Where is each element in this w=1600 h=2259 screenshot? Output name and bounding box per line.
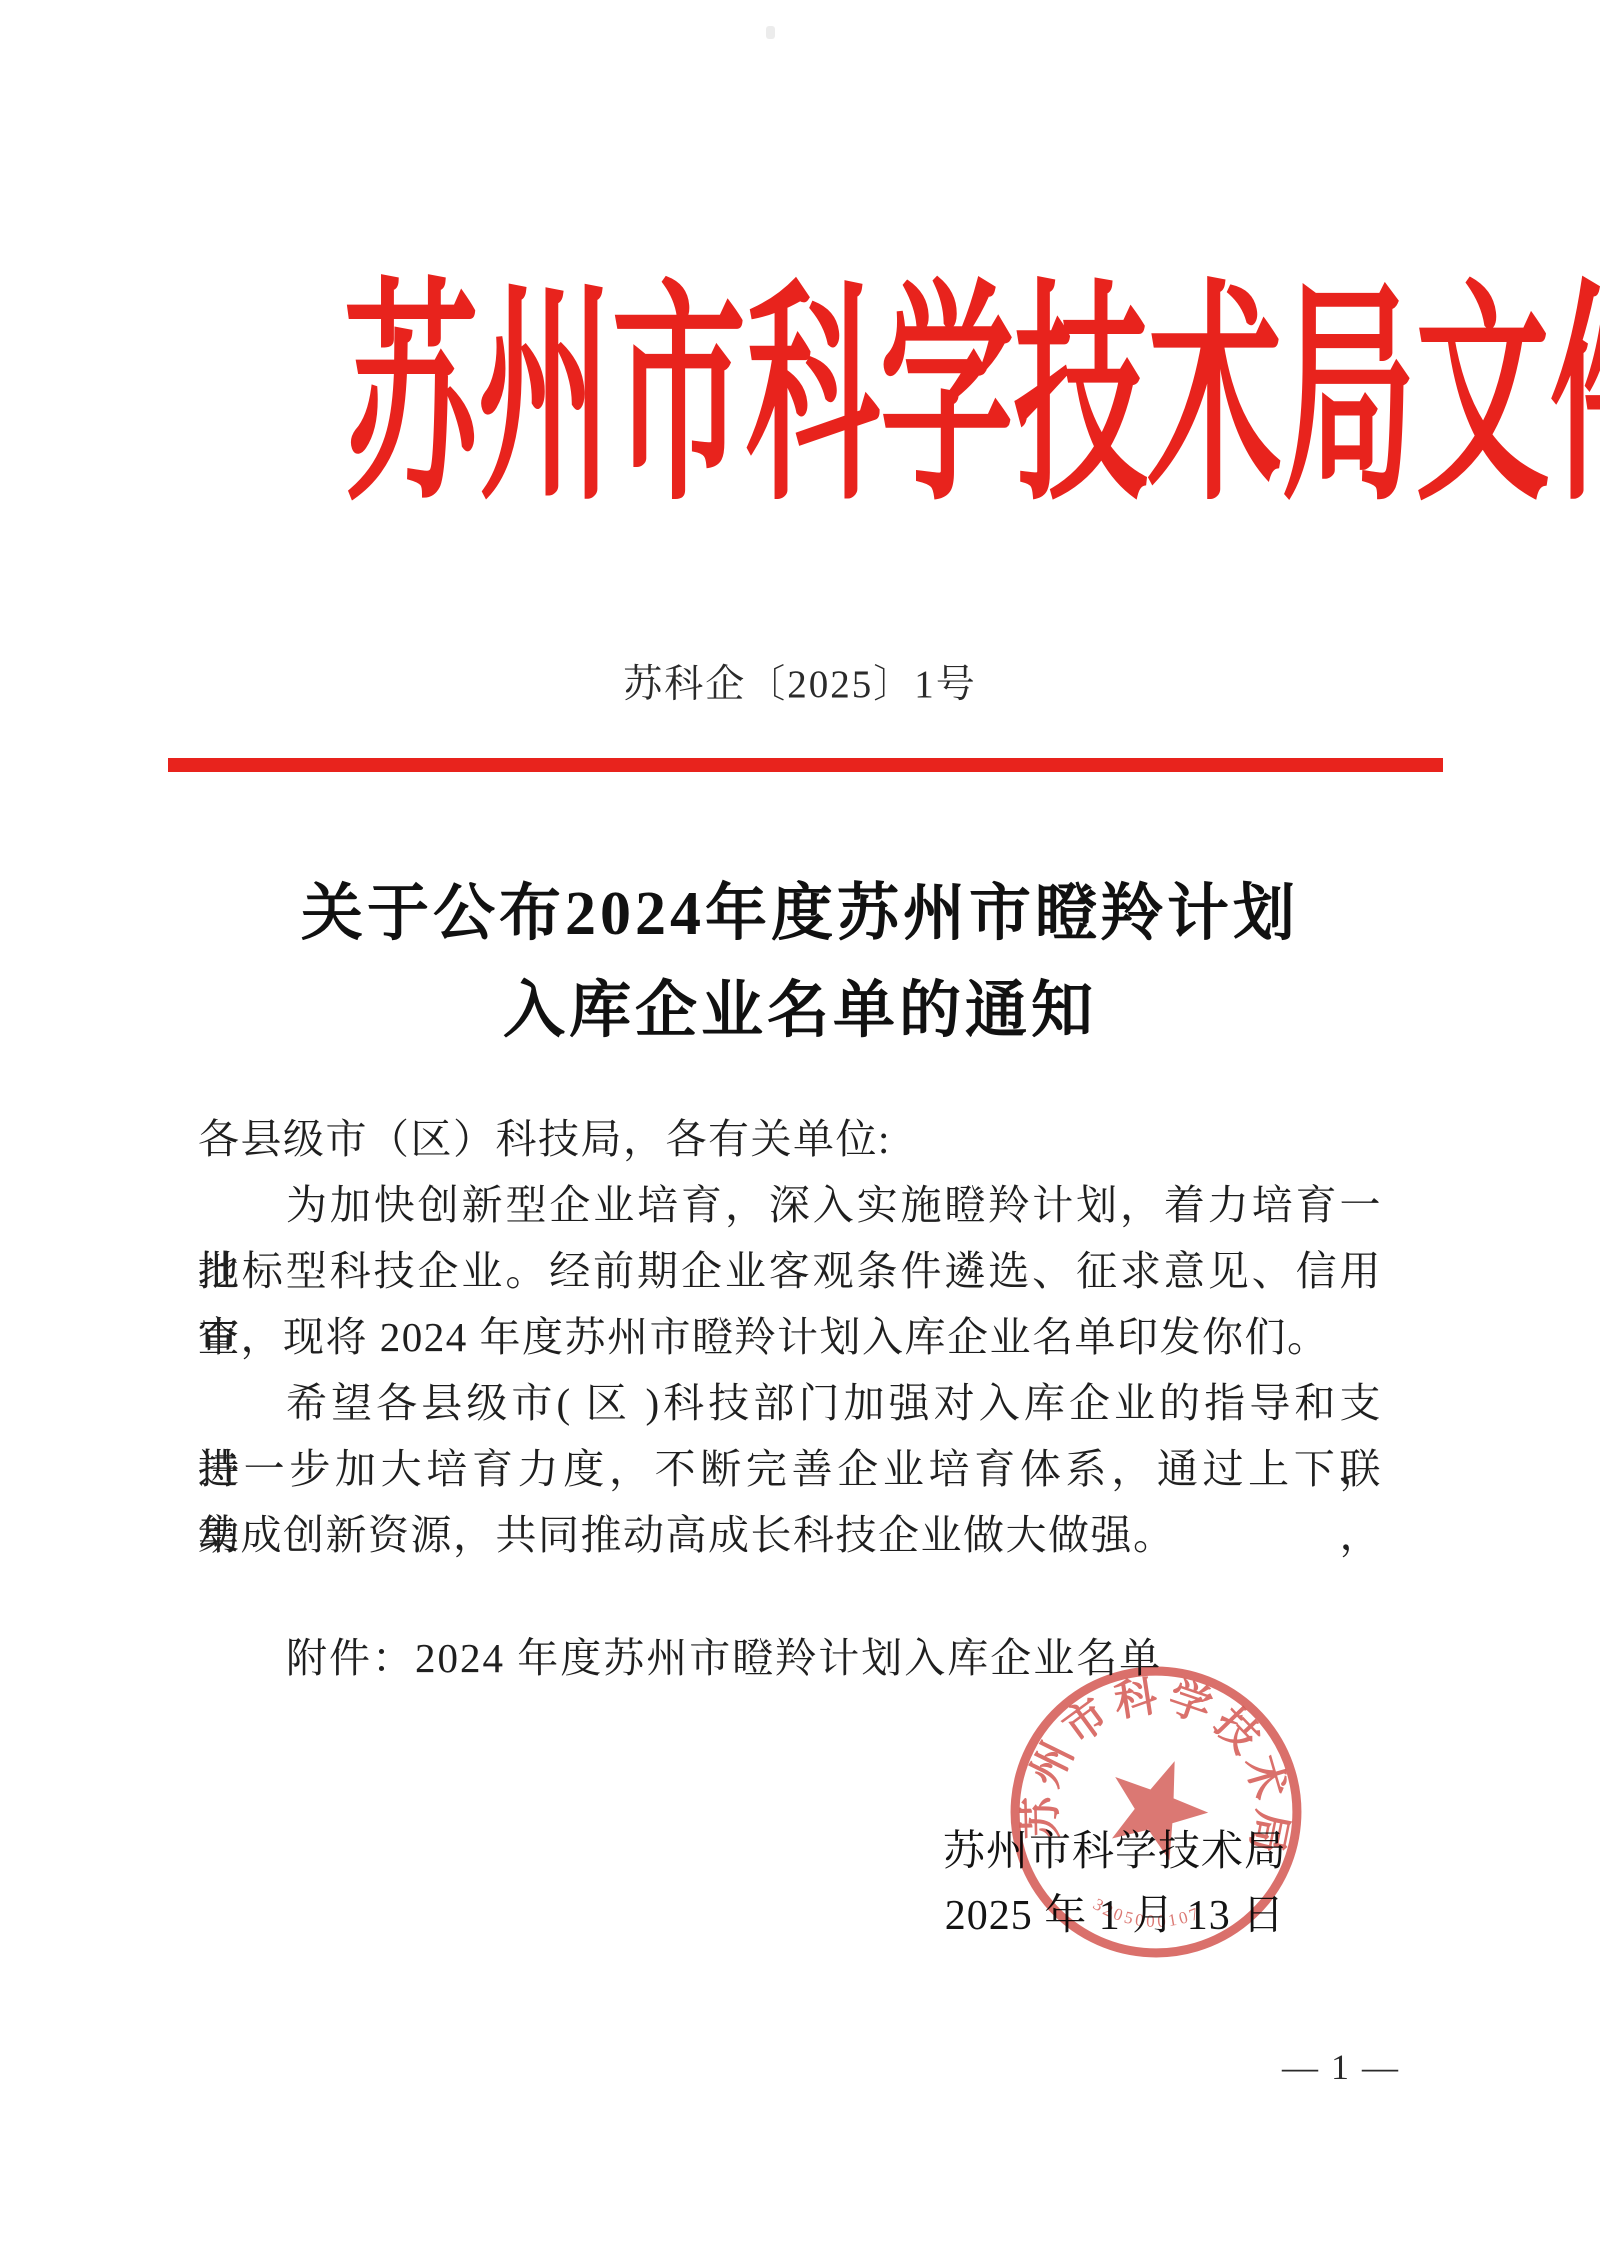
salutation-line: 各县级市（区）科技局，各有关单位: [198,1106,1382,1172]
notice-title-line2: 入库企业名单的通知 [0,963,1600,1060]
red-divider-line [168,758,1443,772]
page-number: — 1 — [1282,2046,1400,2088]
paragraph1-line1: 为加快创新型企业培育，深入实施瞪羚计划，着力培育一批 [198,1172,1382,1238]
notice-title-line1: 关于公布2024年度苏州市瞪羚计划 [0,866,1600,963]
paragraph2-line2: 进一步加大培育力度，不断完善企业培育体系，通过上下联动， [198,1436,1382,1502]
paragraph1-line3: 查，现将 2024 年度苏州市瞪羚计划入库企业名单印发你们。 [198,1304,1382,1370]
document-page: 苏州市科学技术局文件 苏科企〔2025〕1号 关于公布2024年度苏州市瞪羚计划… [0,0,1600,2259]
notice-title: 关于公布2024年度苏州市瞪羚计划 入库企业名单的通知 [0,866,1600,1060]
signature-block: 苏州市科学技术局 2025 年 1 月 13 日 [930,1820,1300,1948]
paragraph2-line1: 希望各县级市( 区 )科技部门加强对入库企业的指导和支持， [198,1370,1382,1436]
document-body: 各县级市（区）科技局，各有关单位: 为加快创新型企业培育，深入实施瞪羚计划，着力… [198,1106,1382,1568]
agency-header-title: 苏州市科学技术局文件 [344,278,1256,518]
attachment-line: 附件：2024 年度苏州市瞪羚计划入库企业名单 [198,1625,1382,1691]
paragraph1-line2: 地标型科技企业。经前期企业客观条件遴选、征求意见、信用审 [198,1238,1382,1304]
signature-date: 2025 年 1 月 13 日 [930,1884,1300,1948]
scan-artifact [766,26,775,39]
document-number: 苏科企〔2025〕1号 [0,653,1600,709]
signature-agency: 苏州市科学技术局 [930,1820,1300,1884]
